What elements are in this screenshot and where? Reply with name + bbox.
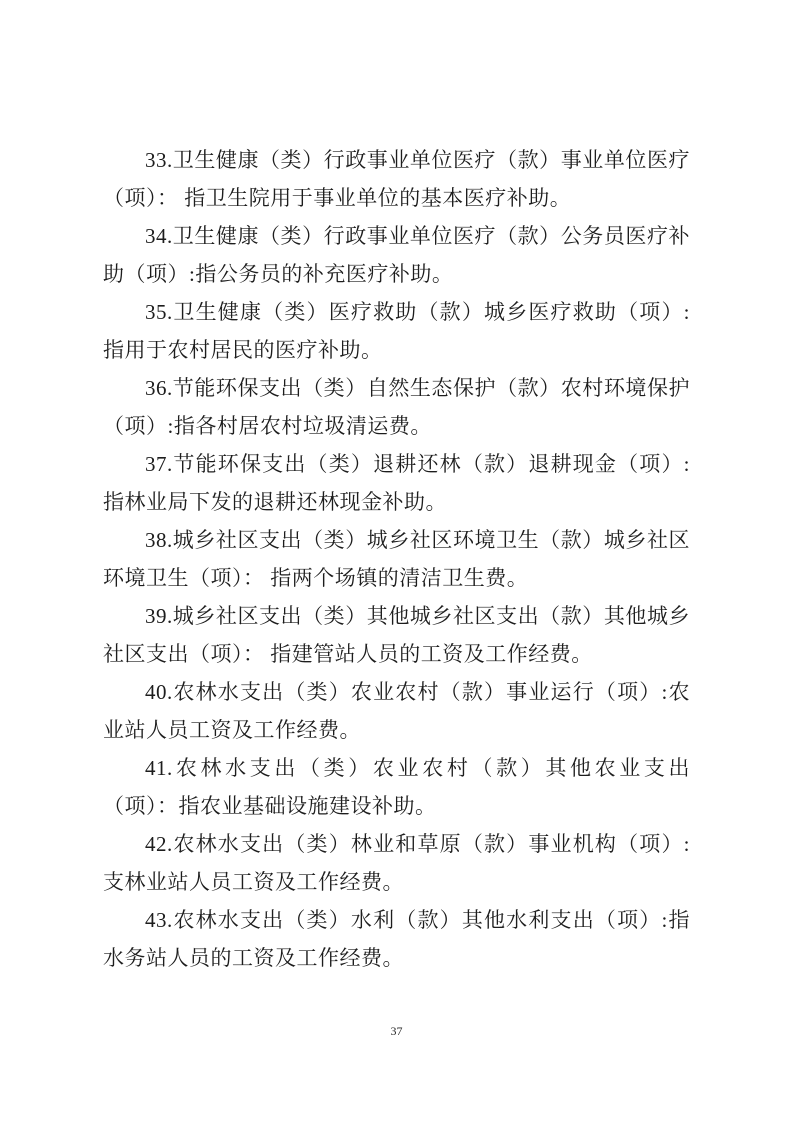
page-footer: 37: [0, 1022, 793, 1040]
paragraph-item-37: 37.节能环保支出（类）退耕还林（款）退耕现金（项）:指林业局下发的退耕还林现金…: [103, 445, 690, 521]
document-body: 33.卫生健康（类）行政事业单位医疗（款）事业单位医疗（项）： 指卫生院用于事业…: [103, 141, 690, 977]
paragraph-item-39: 39.城乡社区支出（类）其他城乡社区支出（款）其他城乡社区支出（项）： 指建管站…: [103, 597, 690, 673]
paragraph-item-42: 42.农林水支出（类）林业和草原（款）事业机构（项）:支林业站人员工资及工作经费…: [103, 825, 690, 901]
paragraph-item-34: 34.卫生健康（类）行政事业单位医疗（款）公务员医疗补助（项）:指公务员的补充医…: [103, 217, 690, 293]
paragraph-item-43: 43.农林水支出（类）水利（款）其他水利支出（项）:指水务站人员的工资及工作经费…: [103, 901, 690, 977]
paragraph-item-36: 36.节能环保支出（类）自然生态保护（款）农村环境保护（项）:指各村居农村垃圾清…: [103, 369, 690, 445]
page-number: 37: [391, 1024, 403, 1038]
paragraph-item-38: 38.城乡社区支出（类）城乡社区环境卫生（款）城乡社区环境卫生（项）： 指两个场…: [103, 521, 690, 597]
document-page: 33.卫生健康（类）行政事业单位医疗（款）事业单位医疗（项）： 指卫生院用于事业…: [0, 0, 793, 1122]
paragraph-item-33: 33.卫生健康（类）行政事业单位医疗（款）事业单位医疗（项）： 指卫生院用于事业…: [103, 141, 690, 217]
paragraph-item-35: 35.卫生健康（类）医疗救助（款）城乡医疗救助（项）:指用于农村居民的医疗补助。: [103, 293, 690, 369]
paragraph-item-41: 41.农林水支出（类）农业农村（款）其他农业支出（项）：指农业基础设施建设补助。: [103, 749, 690, 825]
paragraph-item-40: 40.农林水支出（类）农业农村（款）事业运行（项）:农业站人员工资及工作经费。: [103, 673, 690, 749]
